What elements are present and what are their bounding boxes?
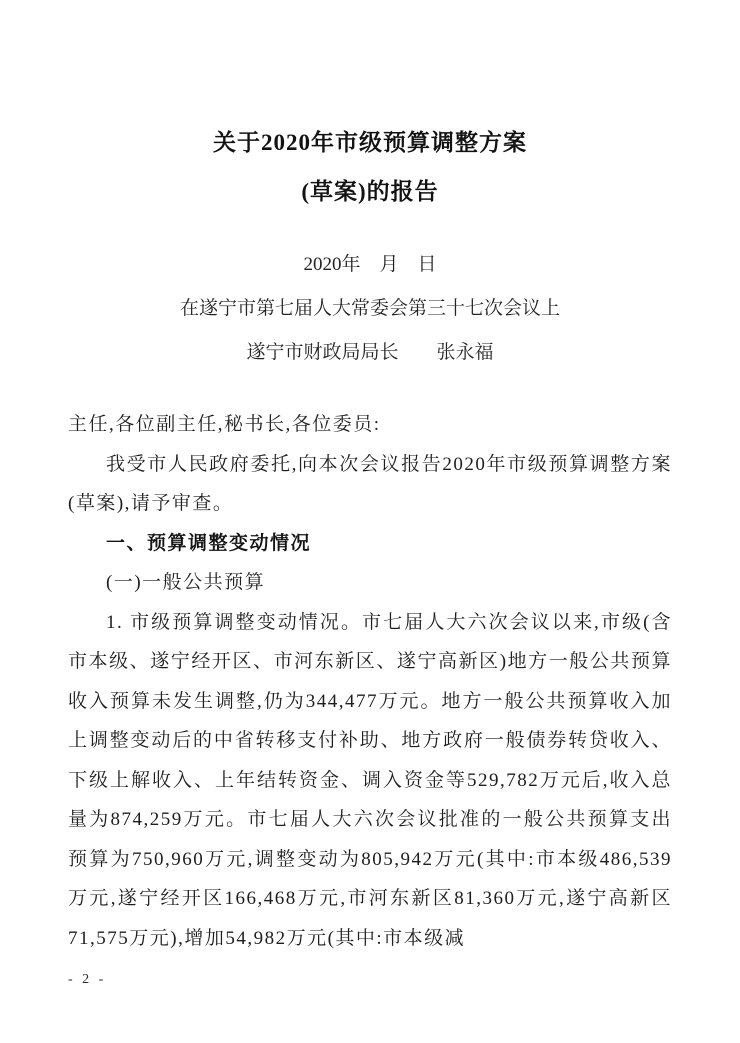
subsection-heading: (一)一般公共预算 <box>68 563 672 603</box>
date-line: 2020年 月 日 <box>68 243 672 287</box>
salutation: 主任,各位副主任,秘书长,各位委员: <box>68 405 672 445</box>
title-line-2: (草案)的报告 <box>301 179 438 204</box>
document-meta: 2020年 月 日 在遂宁市第七届人大常委会第三十七次会议上 遂宁市财政局局长 … <box>68 243 672 375</box>
title-line-1: 关于2020年市级预算调整方案 <box>213 130 527 155</box>
page-number: - 2 - <box>68 972 106 988</box>
page-title: 关于2020年市级预算调整方案 (草案)的报告 <box>68 0 672 216</box>
speaker-line: 遂宁市财政局局长 张永福 <box>68 331 672 375</box>
document-page: 关于2020年市级预算调整方案 (草案)的报告 2020年 月 日 在遂宁市第七… <box>0 0 740 1043</box>
venue-line: 在遂宁市第七届人大常委会第三十七次会议上 <box>68 287 672 331</box>
document-content: 关于2020年市级预算调整方案 (草案)的报告 2020年 月 日 在遂宁市第七… <box>0 0 740 958</box>
budget-paragraph: 1. 市级预算调整变动情况。市七届人大六次会议以来,市级(含市本级、遂宁经开区、… <box>68 603 672 959</box>
document-body: 主任,各位副主任,秘书长,各位委员: 我受市人民政府委托,向本次会议报告2020… <box>68 405 672 958</box>
intro-paragraph: 我受市人民政府委托,向本次会议报告2020年市级预算调整方案(草案),请予审查。 <box>68 445 672 524</box>
section-heading: 一、预算调整变动情况 <box>68 524 672 564</box>
